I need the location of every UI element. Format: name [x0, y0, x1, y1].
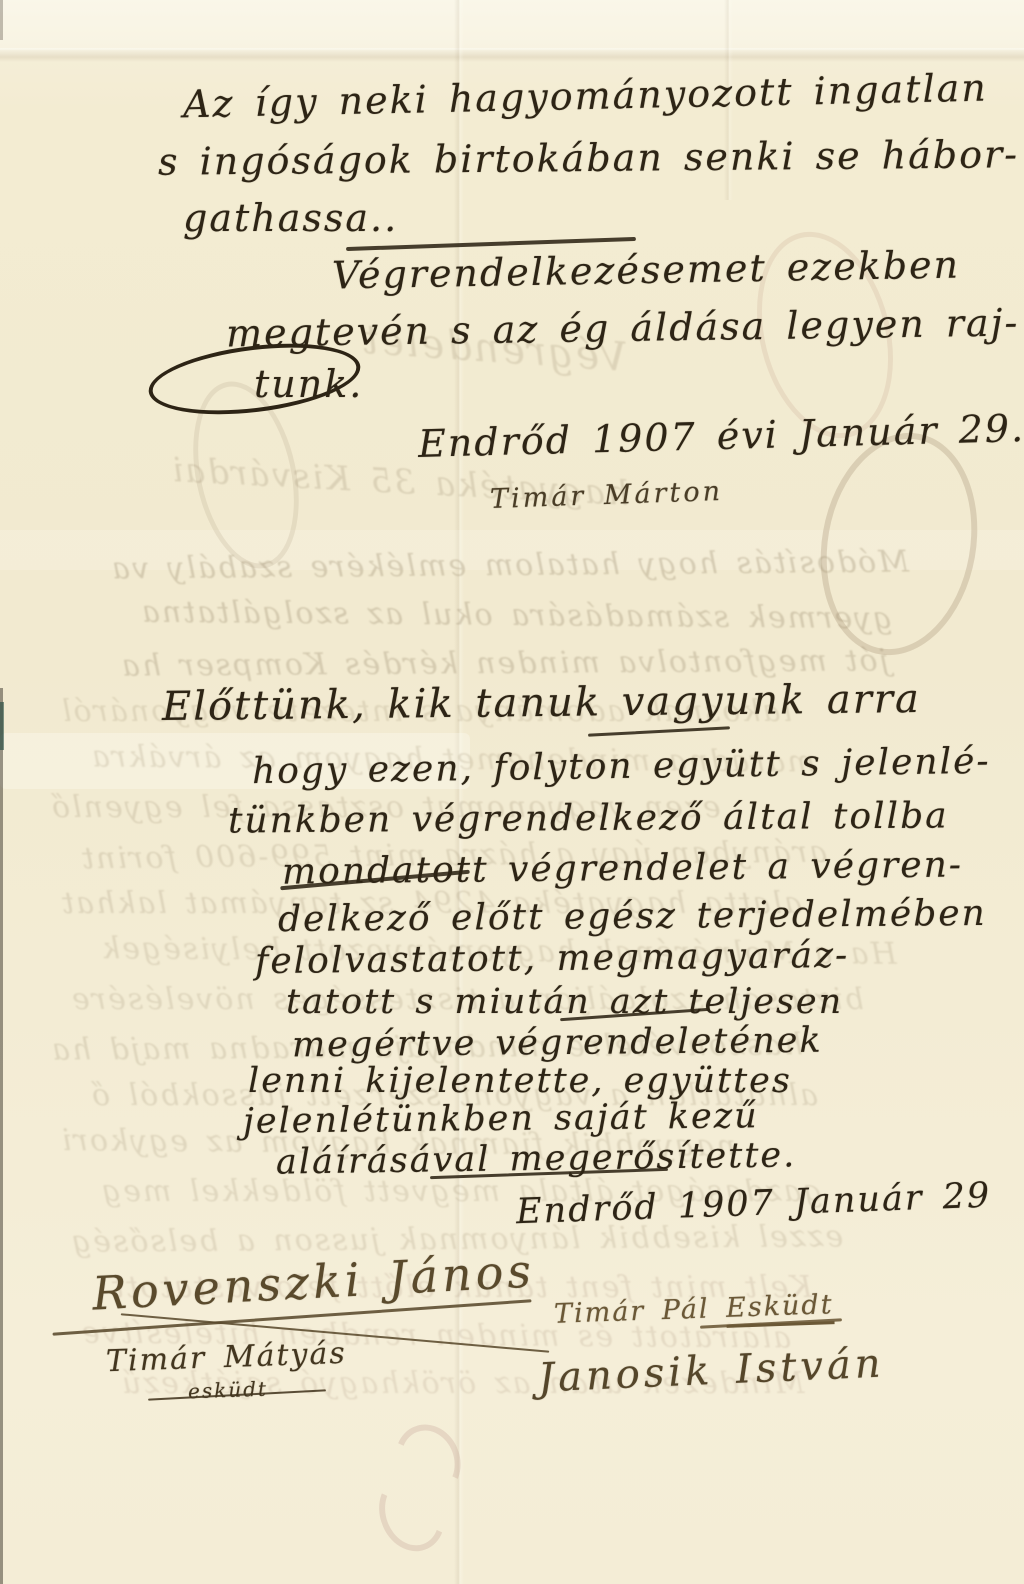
scanned-document-page: Végrendelet hagyatéka 35 Kisvárdai Módos…: [0, 0, 1024, 1584]
handwritten-line: mondatott végrendelet a végren-: [282, 844, 963, 892]
handwritten-line: s ingóságok birtokában senki se hábor-: [158, 132, 1019, 184]
handwritten-line: megtevén s az ég áldása legyen raj-: [226, 300, 1020, 355]
signature-name: Timár Pál: [554, 1293, 711, 1329]
handwritten-line: Az így neki hagyományozott ingatlan: [183, 66, 989, 127]
page-left-edge-mark-top: [0, 0, 3, 40]
handwritten-line: jelenlétünkben saját kezű: [243, 1096, 759, 1141]
bleedthrough-line: gyermek számadására okul az szolgáltatna: [140, 595, 893, 637]
ink-paraph-loop: [145, 333, 364, 424]
handwritten-line: Előttünk, kik tanuk vagyunk arra: [162, 676, 921, 730]
signature-timar-matyas-role: esküdt: [188, 1377, 269, 1404]
handwritten-line: gathassa..: [183, 196, 398, 240]
horizontal-fold-crease: [0, 48, 1024, 62]
handwritten-line: felolvastatott, megmagyaráz-: [255, 935, 850, 982]
page-left-edge-shadow: [0, 688, 3, 1584]
handwritten-line: tünkben végrendelkező által tollba: [228, 795, 949, 841]
handwritten-line: lenni kijelentette, együttes: [248, 1061, 792, 1101]
paper-tone-patch-top: [0, 0, 1024, 50]
page-left-edge-mark: [0, 702, 4, 750]
handwritten-line: tatott s miután azt teljesen: [286, 982, 843, 1022]
handwritten-line: aláírásával megerősítette.: [276, 1135, 797, 1182]
handwritten-line: delkező előtt egész terjedelmében: [278, 893, 987, 940]
handwritten-line: megértve végrendeletének: [292, 1021, 823, 1066]
